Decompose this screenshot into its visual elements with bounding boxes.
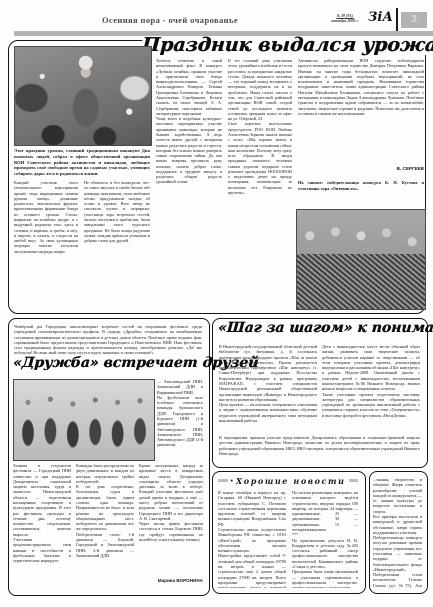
article-harvest-col3: Хочется отметить и такой немаловажный фа… <box>156 58 222 307</box>
photo-sports-team <box>13 379 155 461</box>
article-shag-footer: В мероприятии приняли участие представит… <box>219 435 420 462</box>
page-number: 3 <box>401 12 427 28</box>
photo-texture <box>297 254 425 309</box>
article-shag-headline: «Шаг за шагом» к пониманию <box>218 321 423 335</box>
photo-woman-with-flowers <box>14 46 152 146</box>
article-shag-col2: Дети с инвалидностью могут вести обычный… <box>322 344 420 432</box>
article-druzhba-col3: Кроме заслуженных наград за призовые мес… <box>139 463 203 575</box>
page-motto: Осенняя пора - очей очарованье <box>88 15 252 25</box>
good-news-col2: По итогам реализации контракта, на основ… <box>292 490 358 588</box>
good-news-header: • Хорошие новости <box>218 475 358 486</box>
article-druzhba-author: Марина ВОРОНИНА <box>139 578 203 583</box>
article-druzhba-intro: Четвёртый раз Городецкая школа-интернат … <box>14 324 202 356</box>
article-harvest-headline: Праздник выдался урожайным <box>141 36 430 55</box>
photo-caption: На снимке: победительница конкурса К. Н.… <box>298 180 424 206</box>
newspaper-page: Осенняя пора - очей очарованье № 39 (91)… <box>0 0 433 607</box>
rule-right <box>349 479 359 482</box>
article-harvest-author: В. СЕРГЕЕВ <box>298 166 424 171</box>
issue-info: № 39 (91), октябрь 2008 г. <box>324 13 366 23</box>
good-news-title: Хорошие новости <box>236 476 346 486</box>
paper-logo: ЗiА <box>368 10 393 25</box>
article-harvest-lead: Этот праздник урожая, ставший традиционн… <box>14 148 150 177</box>
good-news-col1: В конце сентября в корпусе на пр. Гагари… <box>218 490 286 588</box>
article-harvest-col1: Каждый участник этого увлекательного мер… <box>14 180 78 307</box>
article-druzhba-col2: Команды были распределены по двум дивизи… <box>76 463 134 588</box>
rule-left <box>218 479 228 482</box>
bullet-icon: • <box>231 477 233 485</box>
article-harvest-col5: Активисты райорганизации ВОИ сердечно по… <box>298 58 424 163</box>
photo-optimists-choir <box>296 209 426 310</box>
article-shag-col1: В Нижегородской государственной областно… <box>219 344 317 432</box>
article-druzhba-side-column: — Автозаводский ПНИ, Замятинский ДДИ и В… <box>157 379 203 459</box>
good-news-col3: ...знания, творчество и общение. Жюри от… <box>373 477 422 588</box>
article-druzhba-headline: «Дружба» встречает друзей <box>13 356 206 370</box>
article-druzhba-col1: Хозяева и устроители фестиваля — Городец… <box>13 463 71 588</box>
article-harvest-col2: Не обошлось и без конкурсов: что-то само… <box>84 180 150 307</box>
header-divider <box>396 8 398 32</box>
article-harvest-col4: В тот осенний день участники этого урожа… <box>228 58 292 307</box>
issue-date: октябрь 2008 г. <box>324 18 366 23</box>
